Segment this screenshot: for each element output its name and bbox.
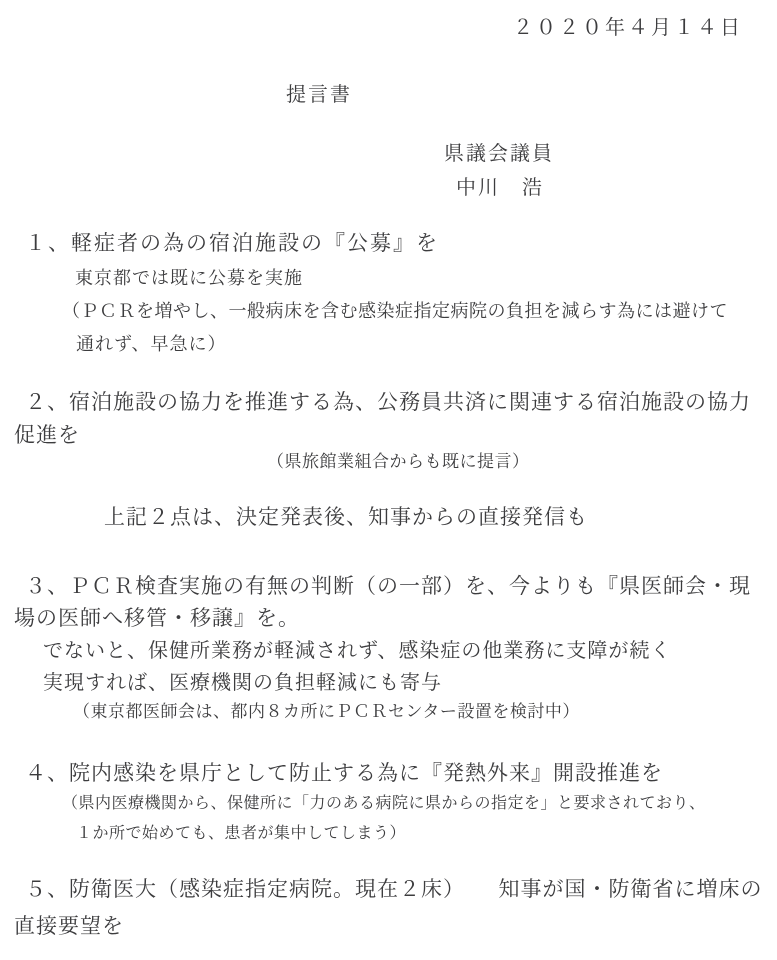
document-title: 提言書: [286, 83, 352, 107]
item1-note-line1: 東京都では既に公募を実施: [75, 268, 303, 290]
author-role: 県議会議員: [444, 142, 554, 166]
document-date: ２０２０年４月１４日: [513, 16, 743, 40]
item1-note-line2: （ＰＣＲを増やし、一般病床を含む感染症指定病院の負担を減らす為には避けて: [62, 301, 728, 323]
item3-heading-line1: ３、ＰＣＲ検査実施の有無の判断（の一部）を、今よりも『県医師会・現: [25, 574, 751, 599]
author-name: 中川 浩: [456, 176, 544, 200]
item3-body-line1: でないと、保健所業務が軽減されず、感染症の他業務に支障が続く: [43, 639, 671, 663]
item2-note: （県旅館業組合からも既に提言）: [267, 452, 530, 472]
item3-body-line2: 実現すれば、医療機関の負担軽減にも寄与: [43, 671, 442, 695]
interim-note: 上記２点は、決定発表後、知事からの直接発信も: [104, 505, 588, 530]
item4-note-line2: １か所で始めても、患者が集中してしまう）: [76, 824, 406, 843]
item2-heading-line1: ２、宿泊施設の協力を推進する為、公務員共済に関連する宿泊施設の協力: [25, 390, 751, 415]
item2-heading-line2: 促進を: [14, 423, 80, 448]
item1-heading: １、軽症者の為の宿泊施設の『公募』を: [25, 231, 439, 256]
proposal-document-page: ２０２０年４月１４日 提言書 県議会議員 中川 浩 １、軽症者の為の宿泊施設の『…: [0, 0, 777, 960]
item4-note-line1: （県内医療機関から、保健所に「力のある病院に県からの指定を」と要求されており、: [62, 794, 706, 813]
item5-heading-line2: 直接要望を: [14, 914, 124, 939]
item1-note-line3: 通れず、早急に）: [76, 334, 227, 356]
item4-heading: ４、院内感染を県庁として防止する為に『発熱外来』開設推進を: [25, 761, 663, 786]
item5-heading-line1: ５、防衛医大（感染症指定病院。現在２床） 知事が国・防衛省に増床の: [25, 877, 763, 902]
item3-note: （東京都医師会は、都内８カ所にＰＣＲセンター設置を検討中）: [73, 702, 580, 722]
item3-heading-line2: 場の医師へ移管・移譲』を。: [14, 606, 300, 631]
